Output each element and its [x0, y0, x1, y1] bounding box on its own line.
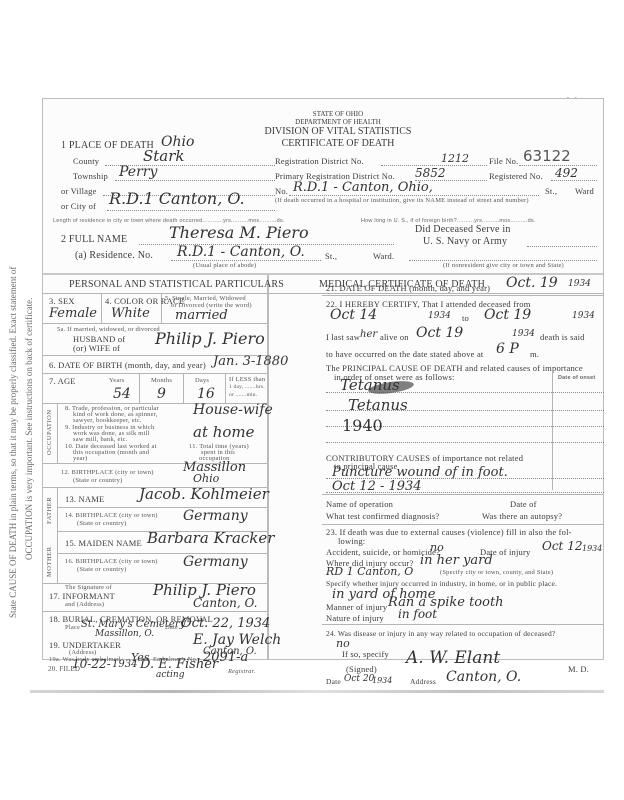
manner-label: Manner of injury [326, 603, 387, 612]
township-label: Township [73, 172, 108, 181]
burial-place-label: Place [65, 625, 80, 632]
age-divider-3 [225, 373, 226, 403]
nonresident-note: (If nonresident give city or town and St… [443, 263, 564, 270]
filed-year: 1934 [112, 660, 137, 670]
operation-label: Name of operation [326, 500, 393, 509]
spouse-value: Philip J. Piero [155, 331, 265, 347]
street-no-line [289, 195, 539, 196]
column-divider [267, 275, 269, 659]
contributory-date-value: Oct 12 - 1934 [332, 480, 422, 493]
contributory-value: Puncture wound of in foot. [332, 466, 508, 479]
where-value-2: RD 1 Canton, O [326, 566, 413, 577]
father-birthplace-value: Germany [183, 509, 248, 523]
usual-abode-note: (Usual place of abode) [193, 263, 256, 270]
header-title: CERTIFICATE OF DEATH [233, 139, 443, 149]
industry-value: at home [193, 425, 255, 440]
months-value: 9 [157, 387, 166, 401]
nonresident-line [409, 260, 597, 261]
dod-year: 1934 [568, 280, 591, 289]
header-division: DIVISION OF VITAL STATISTICS [203, 127, 473, 137]
date-onset-column-divider [552, 372, 553, 490]
registered-no-value: 492 [555, 167, 578, 179]
sex-label: 3. SEX [49, 297, 75, 306]
attended-to-value: Oct 19 [484, 308, 531, 322]
row-line-17 [43, 611, 267, 612]
m-label: m. [530, 350, 539, 359]
file-no-value: 63122 [523, 149, 571, 164]
navy-label-1: Did Deceased Serve in [415, 225, 511, 235]
registered-no-label: Registered No. [489, 172, 543, 181]
occurred-label: to have occurred on the date stated abov… [326, 350, 483, 359]
cause-2-value: Tetanus [348, 398, 408, 413]
less-than-label-2: 1 day, .......hrs. [229, 385, 265, 391]
registrar-note: acting [156, 671, 184, 680]
city-line [107, 210, 275, 211]
date-year: 1934 [372, 677, 392, 685]
signed-value: A. W. Elant [406, 650, 500, 667]
father-birthplace-label-1: 14. BIRTHPLACE (city or town) [65, 513, 158, 520]
death-said-label: death is said [540, 333, 585, 342]
header-state: STATE OF OHIO [273, 111, 403, 118]
days-label: Days [195, 378, 209, 385]
date-onset-label: Date of onset [558, 376, 595, 382]
father-name-label: 13. NAME [65, 495, 104, 504]
date-label: Date [326, 678, 341, 686]
years-value: 54 [113, 387, 131, 401]
informant-label-2: 17. INFORMANT [49, 592, 115, 601]
injury-date-value: Oct 12 [542, 540, 582, 552]
nature-value: in foot [398, 608, 437, 620]
signed-label: (Signed) [346, 665, 377, 674]
informant-label-3: and (Address) [65, 602, 104, 609]
age-divider-1 [139, 373, 140, 403]
scan-bottom-edge [30, 690, 604, 693]
trade-value: House-wife [193, 403, 273, 417]
nature-label: Nature of injury [326, 614, 384, 623]
file-no-label: File No. [489, 157, 518, 166]
residence-st-label: St., [325, 252, 337, 261]
personal-section-title: PERSONAL AND STATISTICAL PARTICULARS [69, 280, 284, 290]
accident-value: no [430, 542, 444, 553]
father-side-label: FATHER [46, 497, 53, 524]
mother-birthplace-label-1: 16. BIRTHPLACE (city or town) [65, 559, 158, 566]
header-department: DEPARTMENT OF HEALTH [243, 119, 433, 126]
address-label: Address [410, 678, 436, 686]
days-value: 16 [197, 387, 215, 401]
burial-date-label: Date [165, 625, 178, 632]
row-line-5 [43, 323, 267, 324]
township-line [115, 180, 275, 181]
years-label: Years [109, 378, 125, 385]
burial-date-value: Oct. 22, 1934 [181, 617, 270, 630]
last-saw-value: Oct 19 [416, 326, 463, 340]
cause-line-4 [326, 442, 604, 443]
row-line-operation [322, 524, 604, 525]
place-of-death-label: 1 PLACE OF DEATH [61, 141, 154, 151]
specify-city-label: (Specify city or town, county, and State… [440, 570, 553, 577]
to-label: to [462, 314, 469, 323]
months-label: Months [151, 378, 172, 385]
county-label: County [73, 157, 99, 166]
less-than-label-1: If LESS than [229, 377, 265, 384]
mother-birthplace-value: Germany [183, 555, 248, 569]
diagnosis-label: What test confirmed diagnosis? [326, 512, 439, 521]
residence-label: (a) Residence. No. [75, 251, 153, 261]
row-line-6 [43, 373, 267, 374]
sex-race-divider [101, 293, 102, 323]
birthplace-label-1: 12. BIRTHPLACE (city or town) [61, 470, 154, 477]
spouse-label-3: (or) WIFE of [73, 344, 120, 353]
dob-value: Jan. 3-1880 [213, 355, 288, 368]
cause-1-value: Tetanus [340, 378, 400, 393]
attended-to-year: 1934 [572, 312, 595, 321]
md-label: M. D. [568, 665, 589, 674]
registration-district-value: 1212 [441, 153, 469, 164]
margin-instruction-line-1: State CAUSE OF DEATH in plain terms, so … [8, 267, 18, 618]
burial-place-value-2: Massillon, O. [95, 630, 154, 639]
navy-label-2: U. S. Navy or Army [423, 237, 507, 247]
parents-side-divider [57, 487, 58, 583]
dod-label: 21. DATE OF DEATH (month, day, and year) [326, 284, 490, 293]
sex-value: Female [49, 307, 97, 320]
address-value: Canton, O. [446, 670, 521, 684]
filed-value: 10-22- [72, 658, 111, 670]
less-than-label-3: or .......min. [229, 393, 257, 399]
occupation-related-value: no [336, 638, 350, 649]
autopsy-label: Was there an autopsy? [482, 512, 562, 521]
street-ward-label: Ward [575, 187, 594, 196]
occupation-side-divider [57, 403, 58, 463]
title-underline [43, 293, 603, 294]
mother-birthplace-label-2: (State or country) [77, 567, 126, 574]
dod-value: Oct. 19 [506, 276, 558, 290]
date-value: Oct 20 [344, 675, 374, 684]
registered-no-line [551, 180, 597, 181]
marital-value: married [175, 309, 228, 322]
informant-address-value: Canton, O. [193, 597, 257, 609]
last-saw-label: I last saw [326, 333, 360, 342]
birthplace-label-2: (State or country) [73, 478, 122, 485]
city-value: R.D.1 Canton, O. [109, 191, 245, 207]
residence-value: R.D.1 - Canton, O. [177, 245, 305, 259]
attended-from-value: Oct 14 [330, 308, 377, 322]
if-so-label: If so, specify [342, 650, 389, 659]
full-name-value: Theresa M. Piero [169, 225, 309, 241]
father-birthplace-label-2: (State or country) [77, 521, 126, 528]
residence-ward-label: Ward. [373, 252, 394, 261]
village-label: or Village [61, 187, 97, 196]
occupation-related-label: 24. Was disease or injury in any way rel… [326, 630, 555, 638]
street-no-value: R.D.1 - Canton, Ohio, [293, 181, 433, 194]
external-causes-label-2: lowing: [338, 537, 365, 546]
injury-year: 1934 [582, 545, 602, 553]
margin-instruction-line-2: OCCUPATION is very important. See instru… [24, 298, 34, 560]
age-divider-2 [183, 373, 184, 403]
cause-code-value: 1940 [342, 418, 383, 434]
spouse-label-1: 5a. If married, widowed, or divorced [57, 327, 160, 334]
father-name-value: Jacob. Kohlmeier [139, 487, 269, 502]
mother-maiden-label: 15. MAIDEN NAME [65, 539, 142, 548]
last-saw-pronoun: her [360, 330, 377, 340]
where-value: in her yard [420, 554, 493, 567]
occupation-side-label: OCCUPATION [46, 409, 53, 455]
registration-district-label: Registration District No. [275, 157, 364, 166]
county-value: Stark [143, 149, 185, 164]
row-line-contributory [322, 494, 604, 495]
row-line-21 [322, 295, 604, 296]
registrar-label: Registrar. [228, 669, 255, 676]
alive-on-label: alive on [380, 333, 409, 342]
age-label: 7. AGE [49, 377, 76, 386]
township-value: Perry [119, 165, 157, 179]
hospital-note: (If death occurred in a hospital or inst… [275, 198, 529, 205]
full-name-label: 2 FULL NAME [61, 235, 127, 245]
primary-registration-value: 5852 [415, 167, 446, 179]
street-st-label: St., [545, 187, 557, 196]
time-value: 6 P [496, 342, 519, 356]
undertaker-value: E. Jay Welch [193, 633, 281, 647]
mother-side-label: MOTHER [46, 547, 53, 577]
row-line-23 [322, 624, 604, 625]
dob-label: 6. DATE OF BIRTH (month, day, and year) [49, 361, 206, 370]
attended-from-year: 1934 [428, 312, 451, 321]
city-label: or City of [61, 202, 96, 211]
birthplace-state-value: Ohio [193, 473, 219, 484]
last-worked-label-3: year) [73, 456, 87, 463]
last-saw-year: 1934 [512, 330, 535, 339]
race-value: White [111, 307, 150, 320]
mother-maiden-value: Barbara Kracker [147, 531, 274, 546]
operation-date-label: Date of [510, 500, 537, 509]
navy-line [527, 246, 597, 247]
street-no-label: No. [275, 187, 288, 196]
residence-line [171, 260, 321, 261]
